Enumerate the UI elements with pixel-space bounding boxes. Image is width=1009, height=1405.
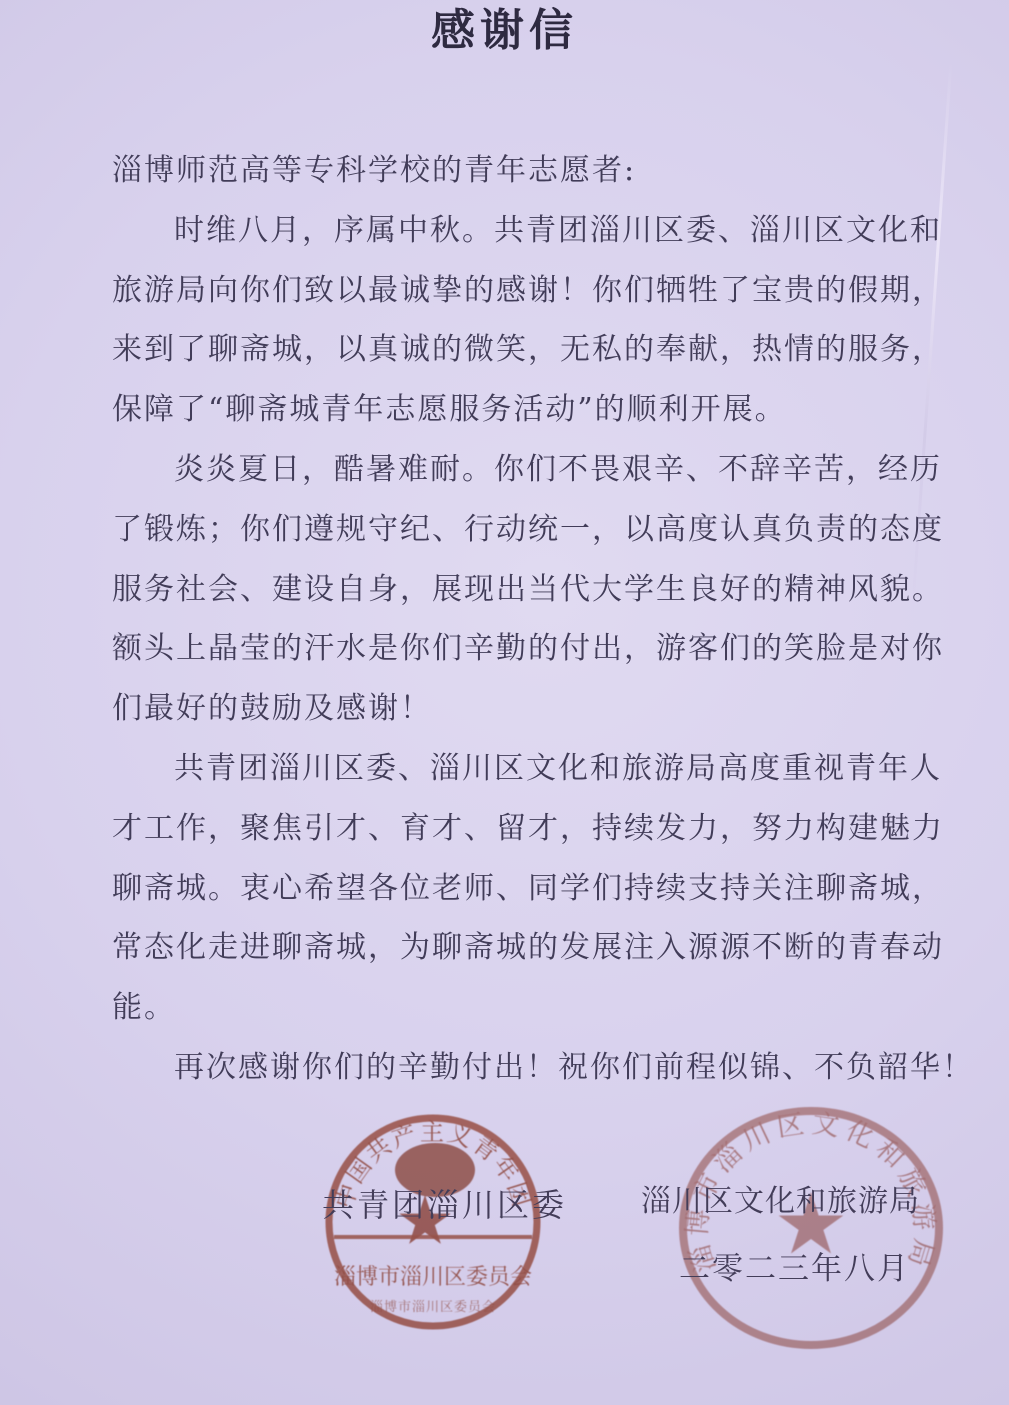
paragraph: 炎炎夏日，酷暑难耐。你们不畏艰辛、不辞辛苦，经历 了锻炼；你们遵规守纪、行动统一…: [112, 440, 958, 739]
letter-line: 保障了“聊斋城青年志愿服务活动”的顺利开展。: [112, 380, 958, 440]
stamp-bottom-text: 淄博市淄川区委员会: [370, 1299, 496, 1315]
letter-line: 炎炎夏日，酷暑难耐。你们不畏艰辛、不辞辛苦，经历: [112, 440, 958, 500]
salutation: 淄博师范高等专科学校的青年志愿者:: [112, 141, 958, 201]
letter-line: 旅游局向你们致以最诚挚的感谢！你们牺牲了宝贵的假期，: [112, 261, 958, 321]
paragraph: 时维八月，序属中秋。共青团淄川区委、淄川区文化和 旅游局向你们致以最诚挚的感谢！…: [112, 201, 958, 440]
signature-date: 二零二三年八月: [679, 1243, 910, 1288]
letter-line: 了锻炼；你们遵规守纪、行动统一，以高度认真负责的态度: [112, 500, 958, 560]
letter-photo: 感谢信 淄博师范高等专科学校的青年志愿者: 时维八月，序属中秋。共青团淄川区委、…: [0, 0, 1009, 1405]
paragraph: 共青团淄川区委、淄川区文化和旅游局高度重视青年人 才工作，聚焦引才、育才、留才，…: [112, 739, 958, 1038]
letter-line: 常态化走进聊斋城，为聊斋城的发展注入源源不断的青春动: [112, 918, 958, 978]
signature-left-org: 共青团淄川区委: [322, 1180, 567, 1226]
letter-title: 感谢信: [0, 0, 1009, 58]
letter-body: 淄博师范高等专科学校的青年志愿者: 时维八月，序属中秋。共青团淄川区委、淄川区文…: [112, 141, 958, 1098]
letter-line: 们最好的鼓励及感谢！: [112, 679, 958, 739]
letter-line: 共青团淄川区委、淄川区文化和旅游局高度重视青年人: [112, 739, 958, 799]
letter-line: 时维八月，序属中秋。共青团淄川区委、淄川区文化和: [112, 201, 958, 261]
culture-tourism-stamp: 淄博市淄川区文化和旅游局: [671, 1088, 951, 1368]
letter-line: 来到了聊斋城，以真诚的微笑，无私的奉献，热情的服务，: [112, 320, 958, 380]
signature-right-org: 淄川区文化和旅游局: [641, 1176, 920, 1220]
letter-line: 额头上晶莹的汗水是你们辛勤的付出，游客们的笑脸是对你: [112, 619, 958, 679]
letter-line: 服务社会、建设自身，展现出当代大学生良好的精神风貌。: [112, 560, 958, 620]
stamp-band-text: 淄博市淄川区委员会: [334, 1265, 532, 1290]
letter-line: 能。: [112, 978, 958, 1038]
letter-line: 聊斋城。衷心希望各位老师、同学们持续支持关注聊斋城，: [112, 859, 958, 919]
letter-line: 才工作，聚焦引才、育才、留才，持续发力，努力构建魅力: [112, 799, 958, 859]
